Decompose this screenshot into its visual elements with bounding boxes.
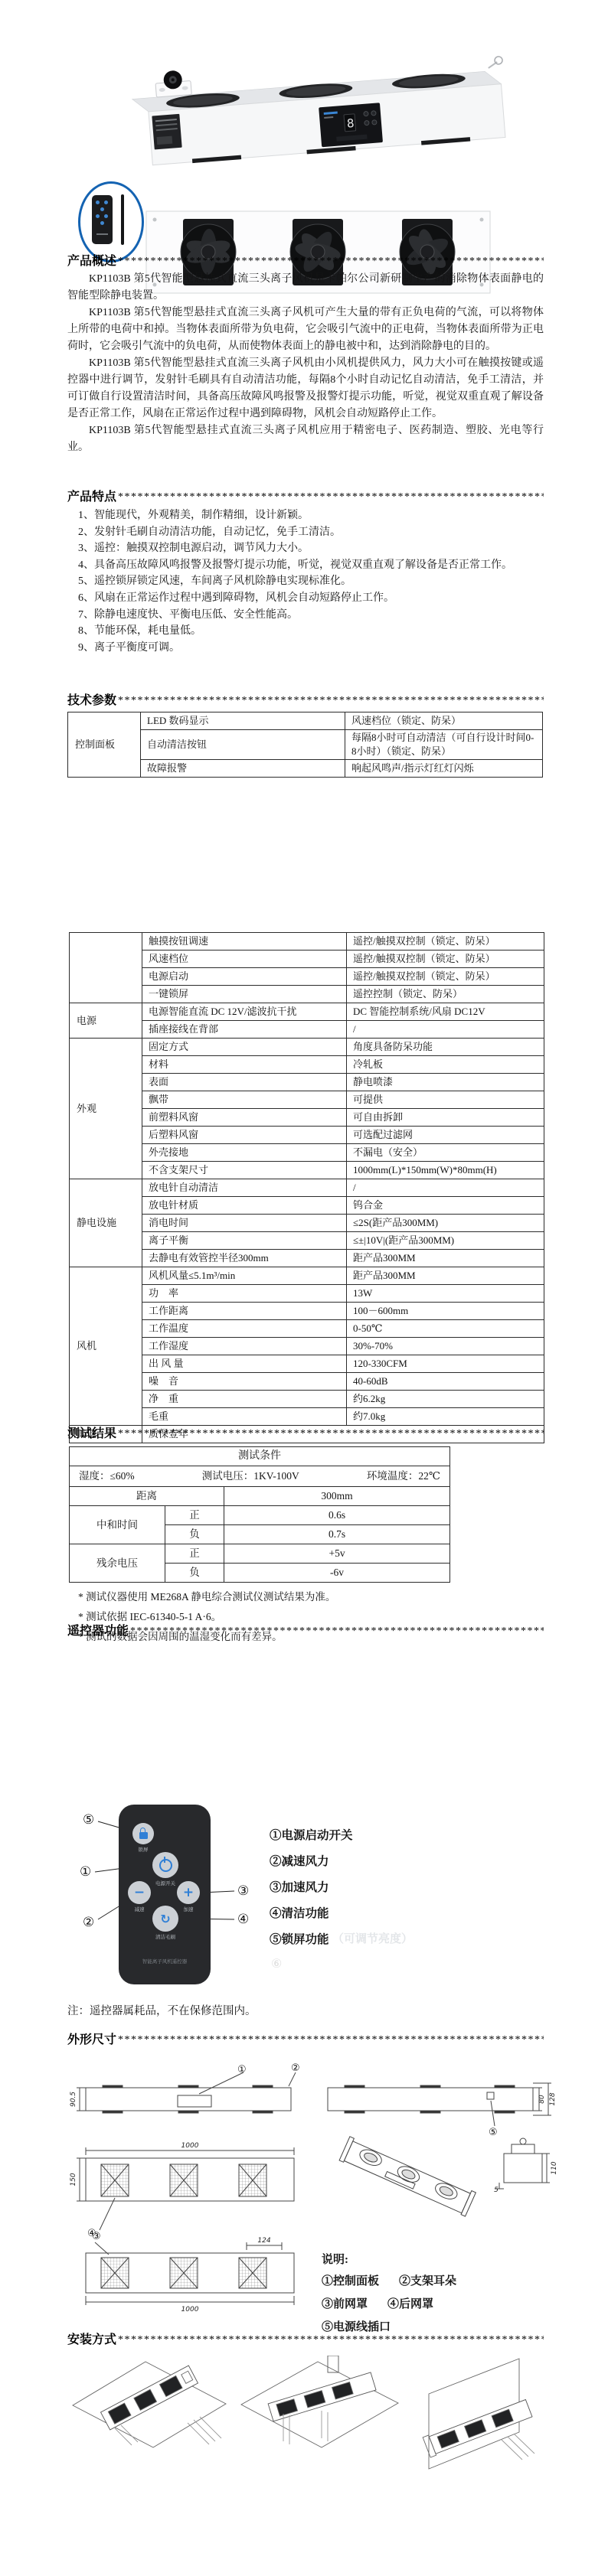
section-heading: 技术参数 ***********************************… — [67, 690, 544, 708]
polarity-cell: 负 — [165, 1564, 224, 1583]
remote-legend-item: ②减速风力 — [270, 1849, 353, 1875]
ion-bar-stick — [121, 194, 124, 245]
callout-4: ④ — [87, 2228, 96, 2239]
value-cell: 可选配过滤网 — [347, 1127, 544, 1144]
remote-control-diagram: 锁屏 电源开关 − 减速 + 加速 ↻ 清洁毛刷 智能离子风机遥控器 — [119, 1805, 211, 1984]
value-cell: 约6.2kg — [347, 1391, 544, 1408]
dim-150: 150 — [70, 2173, 77, 2186]
control-panel-table: 控制面板LED 数码显示风速档位（锁定、防呆）自动清洁按钮每隔8小时可自动清洁（… — [67, 712, 543, 778]
feature-item: 1、智能现代，外观精美，制作精细，设计新颖。 — [67, 507, 544, 524]
section-heading: 安装方式 ***********************************… — [67, 2330, 544, 2347]
value-cell: 1000mm(L)*150mm(W)*80mm(H) — [347, 1162, 544, 1179]
dim-5: 5 — [494, 2186, 498, 2194]
value-cell: 遥控/触摸双控制（锁定、防呆） — [347, 933, 544, 951]
value-cell: DC 智能控制系统/风扇 DC12V — [347, 1003, 544, 1021]
install-sketch-bracket — [241, 2356, 398, 2447]
group-label: 控制面板 — [68, 712, 141, 778]
feature-item: 9、离子平衡度可调。 — [67, 640, 544, 657]
power-icon — [159, 1859, 172, 1872]
minus-button-label: 减速 — [123, 1906, 156, 1912]
features-list: 1、智能现代，外观精美，制作精细，设计新颖。2、发射针毛刷自动清洁功能，自动记忆… — [67, 507, 544, 656]
value-cell: 不漏电（安全） — [347, 1144, 544, 1162]
overview-paragraph: KP1103B 第5代智能型悬挂式直流三头离子风机由小风机提供风力，风力大小可在… — [67, 355, 544, 422]
group-label: 残余电压 — [70, 1544, 165, 1583]
test-results-table: 测试条件 湿度：≤60% 测试电压：1KV-100V 环境温度：22℃ 距离 3… — [69, 1446, 450, 1583]
value-cell: / — [347, 1021, 544, 1039]
specification-table: 触摸按钮调速遥控/触摸双控制（锁定、防呆）风速档位遥控/触摸双控制（锁定、防呆）… — [69, 932, 544, 1443]
section-dimensions: 外形尺寸 ***********************************… — [0, 2030, 608, 2328]
condition-humidity: 湿度：≤60% — [79, 1469, 135, 1484]
lock-icon — [139, 1832, 148, 1839]
table-row: 风机风机风量≤5.1m³/min距产品300MM — [70, 1267, 544, 1285]
section-features: 产品特点 ***********************************… — [67, 487, 544, 656]
param-cell: 材料 — [142, 1056, 347, 1074]
section-title: 产品概述 — [67, 251, 116, 269]
value-cell: 钨合金 — [347, 1197, 544, 1215]
section-title: 测试结果 — [67, 1423, 116, 1441]
value-cell: / — [347, 1179, 544, 1197]
distance-value: 300mm — [224, 1487, 450, 1506]
minus-button: − — [128, 1881, 151, 1904]
remote-legend-item: ③加速风力 — [270, 1875, 353, 1901]
condition-voltage: 测试电压：1KV-100V — [202, 1469, 299, 1484]
table-row: 距离 300mm — [70, 1487, 450, 1506]
table-row: 静电设施放电针自动清洁/ — [70, 1179, 544, 1197]
param-cell: 电源启动 — [142, 968, 347, 986]
overview-paragraph: KP1103B 第5代智能型悬挂式直流三头离子风机可产生大量的带有正负电荷的气流… — [67, 305, 544, 355]
remote-legend-item: ①电源启动开关 — [270, 1823, 353, 1849]
remote-mini — [92, 195, 113, 244]
heading-stars: ****************************************… — [116, 1428, 544, 1440]
callout-1: ① — [237, 2064, 247, 2075]
dim-128: 128 — [549, 2092, 557, 2105]
param-cell: 外壳接地 — [142, 1144, 347, 1162]
dim-124: 124 — [257, 2237, 270, 2245]
param-cell: 一键锁屏 — [142, 986, 347, 1003]
param-cell: 不含支架尺寸 — [142, 1162, 347, 1179]
value-cell: ≤±|10V|(距产品300MM) — [347, 1232, 544, 1250]
value-cell: 遥控/触摸双控制（锁定、防呆） — [347, 951, 544, 968]
callout-2: ② — [83, 1916, 94, 1929]
dims-legend-item: ②支架耳朵 — [399, 2270, 456, 2293]
test-note: * 测试仪器使用 ME268A 静电综合测试仪测试结果为准。 — [67, 1587, 544, 1607]
heading-stars: ****************************************… — [116, 491, 544, 504]
section-overview: 产品概述 ***********************************… — [67, 251, 544, 456]
plus-icon: + — [183, 1885, 194, 1900]
param-cell: 触摸按钮调速 — [142, 933, 347, 951]
value-cell: +5v — [224, 1544, 450, 1564]
value-cell: 角度具备防呆功能 — [347, 1039, 544, 1056]
value-cell: 距产品300MM — [347, 1267, 544, 1285]
value-cell: 40-60dB — [347, 1373, 544, 1391]
value-cell: 13W — [347, 1285, 544, 1303]
param-cell: LED 数码显示 — [141, 712, 345, 730]
table-row: 测试条件 — [70, 1447, 450, 1466]
callout-5: ⑤ — [83, 1814, 94, 1827]
param-cell: 飘带 — [142, 1091, 347, 1109]
minus-icon: − — [134, 1885, 145, 1900]
remote-legend-item: ④清洁功能 — [270, 1901, 353, 1927]
feature-item: 4、具备高压故障风鸣报警及报警灯提示功能，听觉，视觉双重直观了解设备是否正常工作… — [67, 557, 544, 574]
param-cell: 放电针材质 — [142, 1197, 347, 1215]
value-cell: 静电喷漆 — [347, 1074, 544, 1091]
param-cell: 插座接线在背部 — [142, 1021, 347, 1039]
condition-header: 测试条件 — [70, 1447, 450, 1466]
table-row: 中和时间 正 0.6s — [70, 1506, 450, 1525]
section-title: 安装方式 — [67, 2330, 116, 2347]
feature-item: 7、除静电速度快、平衡电压低、安全性能高。 — [67, 607, 544, 624]
value-cell: 响起风鸣声/指示灯红灯闪烁 — [345, 760, 543, 778]
param-cell: 功 率 — [142, 1285, 347, 1303]
dims-legend-item: ①控制面板 — [322, 2270, 379, 2293]
value-cell: 30%-70% — [347, 1338, 544, 1355]
datasheet-page: 8 — [0, 0, 608, 2576]
section-heading: 产品特点 ***********************************… — [67, 487, 544, 504]
value-cell: 风速档位（锁定、防呆） — [345, 712, 543, 730]
callout-1: ① — [80, 1866, 91, 1879]
section-title: 产品特点 — [67, 487, 116, 504]
dims-legend-title: 说明: — [322, 2250, 513, 2270]
clean-icon: ↻ — [160, 1912, 170, 1926]
polarity-cell: 正 — [165, 1506, 224, 1525]
param-cell: 消电时间 — [142, 1215, 347, 1232]
spec-sticker — [152, 114, 181, 150]
remote-legend-faint-6: ⑥ — [271, 1956, 282, 1971]
param-cell: 净 重 — [142, 1391, 347, 1408]
table-row: 残余电压 正 +5v — [70, 1544, 450, 1564]
install-sketch-wall — [423, 2359, 534, 2469]
section-title: 外形尺寸 — [67, 2030, 116, 2047]
value-cell: 冷轧板 — [347, 1056, 544, 1074]
polarity-cell: 负 — [165, 1525, 224, 1544]
section-title: 技术参数 — [67, 690, 116, 708]
param-cell: 风速档位 — [142, 951, 347, 968]
heading-stars: ****************************************… — [116, 2334, 544, 2346]
dim-1000-top: 1000 — [181, 2142, 199, 2150]
value-cell: 0.7s — [224, 1525, 450, 1544]
power-button-label: 电源开关 — [149, 1880, 182, 1886]
dim-1000-bottom: 1000 — [181, 2306, 199, 2314]
section-remote-functions: 遥控器功能 **********************************… — [0, 1621, 608, 2034]
value-cell: 距产品300MM — [347, 1250, 544, 1267]
feature-item: 6、风扇在正常运作过程中遇到障碍物，风机会自动短路停止工作。 — [67, 590, 544, 607]
dims-legend-item: ③前网罩 — [322, 2293, 368, 2316]
table-row: 控制面板LED 数码显示风速档位（锁定、防呆） — [68, 712, 543, 730]
hanging-ring — [488, 56, 503, 67]
mounting-bracket — [155, 70, 191, 98]
feature-item: 5、遥控锁屏锁定风速，车间离子风机除静电实现标准化。 — [67, 573, 544, 590]
value-cell: 可提供 — [347, 1091, 544, 1109]
callout-3: ③ — [237, 1885, 249, 1898]
param-cell: 离子平衡 — [142, 1232, 347, 1250]
param-cell: 表面 — [142, 1074, 347, 1091]
condition-values: 湿度：≤60% 测试电压：1KV-100V 环境温度：22℃ — [70, 1466, 450, 1487]
table-row: 触摸按钮调速遥控/触摸双控制（锁定、防呆） — [70, 933, 544, 951]
callout-4: ④ — [237, 1913, 249, 1926]
dim-110: 110 — [551, 2161, 558, 2174]
dim-80: 80 — [538, 2095, 546, 2104]
lock-button — [132, 1823, 154, 1844]
dims-legend-items: ①控制面板②支架耳朵③前网罩④后网罩⑤电源线插口 — [322, 2270, 513, 2339]
control-panel: 8 — [319, 103, 383, 147]
param-cell: 工作温度 — [142, 1320, 347, 1338]
value-cell: 遥控/触摸双控制（锁定、防呆） — [347, 968, 544, 986]
product-photo-angled: 8 — [74, 9, 534, 201]
table-row: 电源电源智能直流 DC 12V/滤波抗干扰DC 智能控制系统/风扇 DC12V — [70, 1003, 544, 1021]
param-cell: 放电针自动清洁 — [142, 1179, 347, 1197]
value-cell: 每隔8小时可自动清洁（可自行设计时间0-8小时）（锁定、防呆） — [345, 730, 543, 760]
section-tech-params: 技术参数 ***********************************… — [67, 690, 544, 778]
section-test-results: 测试结果 ***********************************… — [67, 1423, 544, 1647]
feature-item: 8、节能环保，耗电量低。 — [67, 623, 544, 640]
section-heading: 测试结果 ***********************************… — [67, 1423, 544, 1441]
param-cell: 噪 音 — [142, 1373, 347, 1391]
value-cell: 100－600mm — [347, 1303, 544, 1320]
heading-stars: ****************************************… — [116, 695, 544, 707]
param-cell: 前塑料风窗 — [142, 1109, 347, 1127]
overview-paragraph: KP1103B 第5代智能型悬挂式直流三头离子风机是卡帕尔公司新研制生产的消除物… — [67, 271, 544, 305]
param-cell: 电源智能直流 DC 12V/滤波抗干扰 — [142, 1003, 347, 1021]
callout-2: ② — [291, 2062, 300, 2074]
param-cell: 后塑料风窗 — [142, 1127, 347, 1144]
plus-button: + — [177, 1881, 200, 1904]
dim-90-5: 90.5 — [70, 2092, 77, 2107]
heading-stars: ****************************************… — [116, 256, 544, 268]
feature-item: 2、发射针毛刷自动清洁功能，自动记忆，免手工清洁。 — [67, 524, 544, 541]
remote-brand-text: 智能离子风机遥控器 — [119, 1958, 211, 1965]
param-cell: 去静电有效管控半径300mm — [142, 1250, 347, 1267]
polarity-cell: 正 — [165, 1544, 224, 1564]
install-sketch-hanging — [73, 2362, 226, 2447]
value-cell: 可自由拆卸 — [347, 1109, 544, 1127]
value-cell: 0-50℃ — [347, 1320, 544, 1338]
installation-drawings — [0, 2356, 608, 2493]
group-label: 静电设施 — [70, 1179, 142, 1267]
dimension-drawings: 90.5 80 128 1000 150 110 5 124 1000 ① ② … — [0, 2053, 608, 2317]
section-heading: 外形尺寸 ***********************************… — [67, 2030, 544, 2047]
remote-legend-faint: （可调节亮度） — [332, 1930, 413, 1946]
table-row: 外观固定方式角度具备防呆功能 — [70, 1039, 544, 1056]
heading-stars: ****************************************… — [116, 2034, 544, 2046]
section-heading: 产品概述 ***********************************… — [67, 251, 544, 269]
value-cell: 0.6s — [224, 1506, 450, 1525]
group-label: 中和时间 — [70, 1506, 165, 1544]
group-label — [70, 933, 142, 1003]
power-button — [152, 1852, 178, 1878]
group-label: 风机 — [70, 1267, 142, 1426]
group-label: 外观 — [70, 1039, 142, 1179]
value-cell: -6v — [224, 1564, 450, 1583]
clean-button: ↻ — [152, 1906, 178, 1932]
condition-temperature: 环境温度：22℃ — [367, 1469, 440, 1484]
remote-note: 注：遥控器属耗品，不在保修范围内。 — [67, 2002, 257, 2018]
table-row: 湿度：≤60% 测试电压：1KV-100V 环境温度：22℃ — [70, 1466, 450, 1487]
param-cell: 故障报警 — [141, 760, 345, 778]
feature-item: 3、遥控：触摸双控制电源启动，调节风力大小。 — [67, 540, 544, 557]
overview-paragraph: KP1103B 第5代智能型悬挂式直流三头离子风机应用于精密电子、医药制造、塑胶… — [67, 422, 544, 456]
param-cell: 工作距离 — [142, 1303, 347, 1320]
section-installation: 安装方式 ***********************************… — [0, 2330, 608, 2498]
param-cell: 工作湿度 — [142, 1338, 347, 1355]
dims-legend-item: ④后网罩 — [387, 2293, 433, 2316]
dims-legend: 说明: ①控制面板②支架耳朵③前网罩④后网罩⑤电源线插口 — [322, 2250, 513, 2339]
param-cell: 自动清洁按钮 — [141, 730, 345, 760]
param-cell: 风机风量≤5.1m³/min — [142, 1267, 347, 1285]
group-label: 电源 — [70, 1003, 142, 1039]
panel-display: 8 — [346, 116, 355, 131]
clean-button-label: 清洁毛刷 — [149, 1933, 182, 1940]
value-cell: 120-330CFM — [347, 1355, 544, 1373]
param-cell: 固定方式 — [142, 1039, 347, 1056]
overview-paragraphs: KP1103B 第5代智能型悬挂式直流三头离子风机是卡帕尔公司新研制生产的消除物… — [67, 271, 544, 456]
distance-label: 距离 — [70, 1487, 224, 1506]
lock-button-label: 锁屏 — [126, 1846, 160, 1853]
callout-5: ⑤ — [489, 2127, 498, 2138]
value-cell: 遥控控制（锁定、防呆） — [347, 986, 544, 1003]
param-cell: 出 风 量 — [142, 1355, 347, 1373]
value-cell: ≤2S(距产品300MM) — [347, 1215, 544, 1232]
